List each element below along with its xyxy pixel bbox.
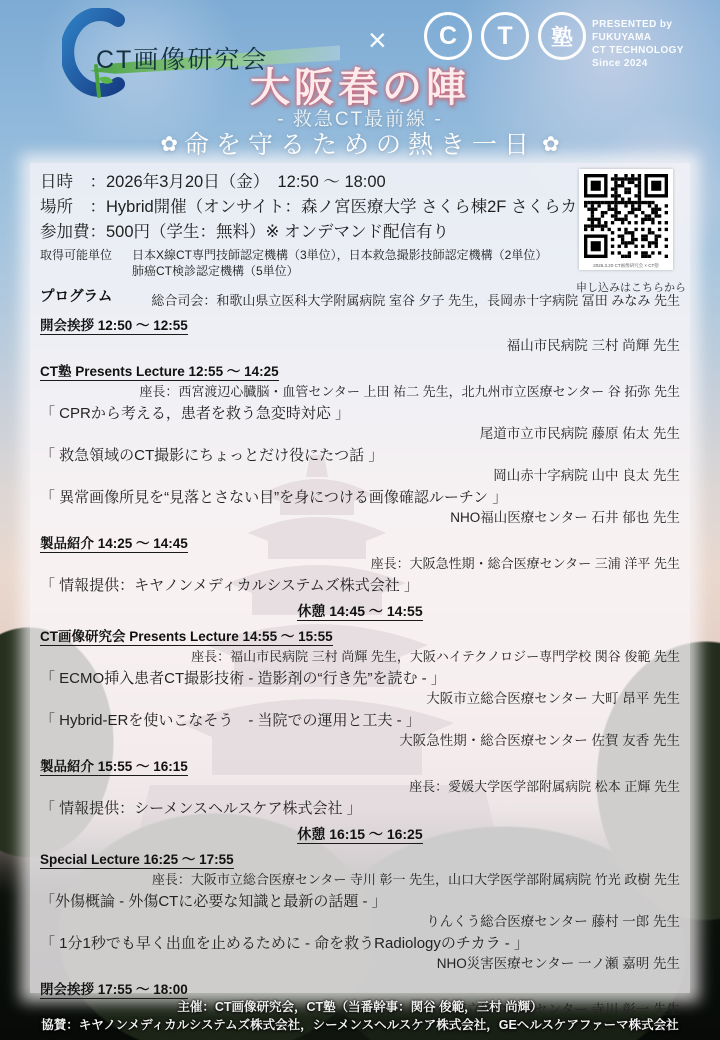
program-row-speaker: 尾道市立市民病院 藤原 佑太 先生 [40, 425, 680, 443]
panel-content: 日時 ：2026年3月20日（金） 12:50 ～ 18:00 場所 ：Hybr… [30, 163, 690, 993]
event-tagline: ✿命を守るための熱き一日✿ [0, 125, 720, 161]
program-row-chair: 座長：福山市民病院 三村 尚輝 先生，大阪ハイテクノロジー専門学校 関谷 俊範 … [40, 648, 680, 666]
program-row-speaker: 福山市民病院 三村 尚輝 先生 [40, 337, 680, 355]
ct-juku-circle-t: T [481, 12, 529, 60]
credit-units-line: 日本X線CT専門技師認定機構（3単位），日本救急撮影技師認定機構（2単位） [132, 247, 547, 263]
program-row-talk: 「 情報提供：キヤノンメディカルシステムズ株式会社 」 [40, 577, 680, 595]
program-row-chair: 座長：大阪市立総合医療センター 寺川 彰一 先生，山口大学医学部附属病院 竹光 … [40, 871, 680, 889]
program-row-speaker: 大阪市立総合医療センター 大町 昂平 先生 [40, 690, 680, 708]
qr-tiny-caption: 2026.3.20 CT画像研究会 × CT塾 [584, 263, 668, 269]
program-row-talk: 「 CPRから考える，患者を救う急変時対応 」 [40, 405, 680, 423]
program-row-session: CT塾 Presents Lecture 12:55 ～ 14:25 [40, 363, 680, 381]
ct-juku-circle-c: C [424, 12, 472, 60]
ct-juku-circle-juku: 塾 [538, 12, 586, 60]
program-row-talk: 「 救急領域のCT撮影にちょっとだけ役にたつ話 」 [40, 447, 680, 465]
presented-by-line: FUKUYAMA [592, 31, 684, 44]
program-row-speaker: NHO福山医療センター 石井 郁也 先生 [40, 509, 680, 527]
program-row-chair: 座長：西宮渡辺心臓脳・血管センター 上田 祐二 先生，北九州市立医療センター 谷… [40, 383, 680, 401]
program-row-session: 製品紹介 15:55 ～ 16:15 [40, 758, 680, 776]
collaboration-cross: × [368, 22, 387, 59]
program-row-session: 製品紹介 14:25 ～ 14:45 [40, 535, 680, 553]
program-row-talk: 「 1分1秒でも早く出血を止めるために - 命を救うRadiologyのチカラ … [40, 935, 680, 953]
qr-box: 2026.3.20 CT画像研究会 × CT塾 [579, 169, 673, 270]
program-row-speaker: NHO災害医療センター 一ノ瀬 嘉明 先生 [40, 955, 680, 973]
program-list: 開会挨拶 12:50 ～ 12:55福山市民病院 三村 尚輝 先生CT塾 Pre… [40, 317, 680, 1019]
ct-juku-logo: C T 塾 [424, 12, 586, 60]
qr-caption: 申し込みはこちらから [576, 279, 676, 295]
credit-units-line: 肺癌CT検診認定機構（5単位） [132, 263, 547, 279]
program-row-break: 休憩 16:15 ～ 16:25 [40, 825, 680, 843]
program-row-talk: 「外傷概論 - 外傷CTに必要な知識と最新の話題 - 」 [40, 893, 680, 911]
sakura-flower-icon: ✿ [536, 133, 566, 156]
program-row-session: CT画像研究会 Presents Lecture 14:55 ～ 15:55 [40, 628, 680, 646]
program-heading: プログラム [40, 285, 112, 306]
qr-code [584, 174, 668, 258]
credit-units-label: 取得可能単位 [40, 247, 132, 279]
registration-qr-block: 2026.3.20 CT画像研究会 × CT塾 申し込みはこちらから [576, 169, 676, 295]
tagline-text: 命を守るための熱き一日 [184, 131, 536, 159]
program-row-speaker: りんくう総合医療センター 藤村 一郎 先生 [40, 913, 680, 931]
presented-by-line: PRESENTED by [592, 18, 684, 31]
organizer-line: 主催：CT画像研究会，CT塾（当番幹事：関谷 俊範，三村 尚輝） [0, 998, 720, 1016]
program-row-chair: 座長：大阪急性期・総合医療センター 三浦 洋平 先生 [40, 555, 680, 573]
program-row-talk: 「 Hybrid-ERを使いこなそう - 当院での運用と工夫 - 」 [40, 712, 680, 730]
program-row-chair: 座長：愛媛大学医学部附属病院 松本 正輝 先生 [40, 778, 680, 796]
sakura-flower-icon: ✿ [154, 133, 184, 156]
sponsor-line: 協賛：キヤノンメディカルシステムズ株式会社，シーメンスヘルスケア株式会社，GEヘ… [0, 1016, 720, 1034]
program-row-session: 閉会挨拶 17:55 ～ 18:00 [40, 981, 680, 999]
event-poster: CT画像研究会 × C T 塾 PRESENTED by FUKUYAMA CT… [0, 0, 720, 1040]
program-row-talk: 「 情報提供：シーメンスヘルスケア株式会社 」 [40, 800, 680, 818]
program-row-speaker: 大阪急性期・総合医療センター 佐賀 友香 先生 [40, 732, 680, 750]
program-row-session: 開会挨拶 12:50 ～ 12:55 [40, 317, 680, 335]
poster-footer: 主催：CT画像研究会，CT塾（当番幹事：関谷 俊範，三村 尚輝） 協賛：キヤノン… [0, 998, 720, 1034]
program-row-speaker: 岡山赤十字病院 山中 良太 先生 [40, 467, 680, 485]
program-row-talk: 「 ECMO挿入患者CT撮影技術 - 造影剤の“行き先”を読む - 」 [40, 670, 680, 688]
program-row-break: 休憩 14:45 ～ 14:55 [40, 602, 680, 620]
program-row-session: Special Lecture 16:25 ～ 17:55 [40, 851, 680, 869]
program-row-talk: 「 異常画像所見を“見落とさない目”を身につける画像確認ルーチン 」 [40, 489, 680, 507]
